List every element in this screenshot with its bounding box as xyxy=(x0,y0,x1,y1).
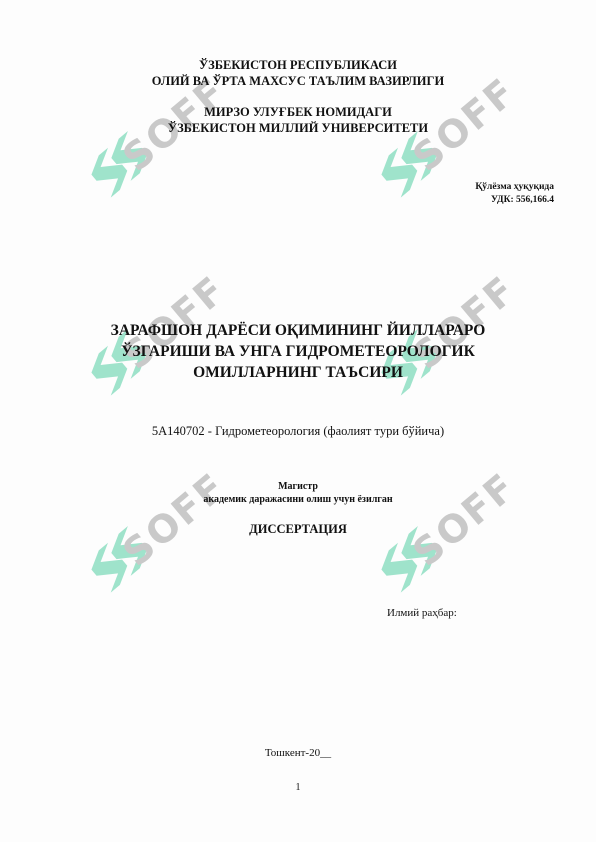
supervisor-label: Илмий раҳбар: xyxy=(387,607,457,619)
university-header: МИРЗО УЛУҒБЕК НОМИДАГИ ЎЗБЕКИСТОН МИЛЛИЙ… xyxy=(0,104,596,136)
degree-name: Магистр xyxy=(0,480,596,493)
rights-block: Қўлёзма ҳуқуқида УДК: 556,166.4 xyxy=(475,181,554,207)
header-line: ОЛИЙ ВА ЎРТА МАХСУС ТАЪЛИМ ВАЗИРЛИГИ xyxy=(0,73,596,89)
specialty: 5А140702 - Гидрометеорология (фаолият ту… xyxy=(0,424,596,439)
degree-block: Магистр академик даражасини олиш учун ёз… xyxy=(0,480,596,506)
document-type: ДИССЕРТАЦИЯ xyxy=(0,522,596,537)
soff-logo-icon xyxy=(85,131,154,198)
header-line: ЎЗБЕКИСТОН МИЛЛИЙ УНИВЕРСИТЕТИ xyxy=(0,120,596,136)
ministry-header: ЎЗБЕКИСТОН РЕСПУБЛИКАСИ ОЛИЙ ВА ЎРТА МАХ… xyxy=(0,57,596,89)
header-line: ЎЗБЕКИСТОН РЕСПУБЛИКАСИ xyxy=(0,57,596,73)
thesis-title: ЗАРАФШОН ДАРЁСИ ОҚИМИНИНГ ЙИЛЛАРАРО ЎЗГА… xyxy=(0,320,596,383)
soff-logo-icon xyxy=(375,131,444,198)
header-line: МИРЗО УЛУҒБЕК НОМИДАГИ xyxy=(0,104,596,120)
manuscript-rights: Қўлёзма ҳуқуқида xyxy=(475,181,554,194)
udk-code: УДК: 556,166.4 xyxy=(475,194,554,207)
title-line: ОМИЛЛАРНИНГ ТАЪСИРИ xyxy=(0,362,596,383)
degree-purpose: академик даражасини олиш учун ёзилган xyxy=(0,493,596,506)
title-line: ЎЗГАРИШИ ВА УНГА ГИДРОМЕТЕОРОЛОГИК xyxy=(0,341,596,362)
city-year: Тошкент-20__ xyxy=(0,747,596,759)
page-number: 1 xyxy=(0,782,596,793)
title-line: ЗАРАФШОН ДАРЁСИ ОҚИМИНИНГ ЙИЛЛАРАРО xyxy=(0,320,596,341)
